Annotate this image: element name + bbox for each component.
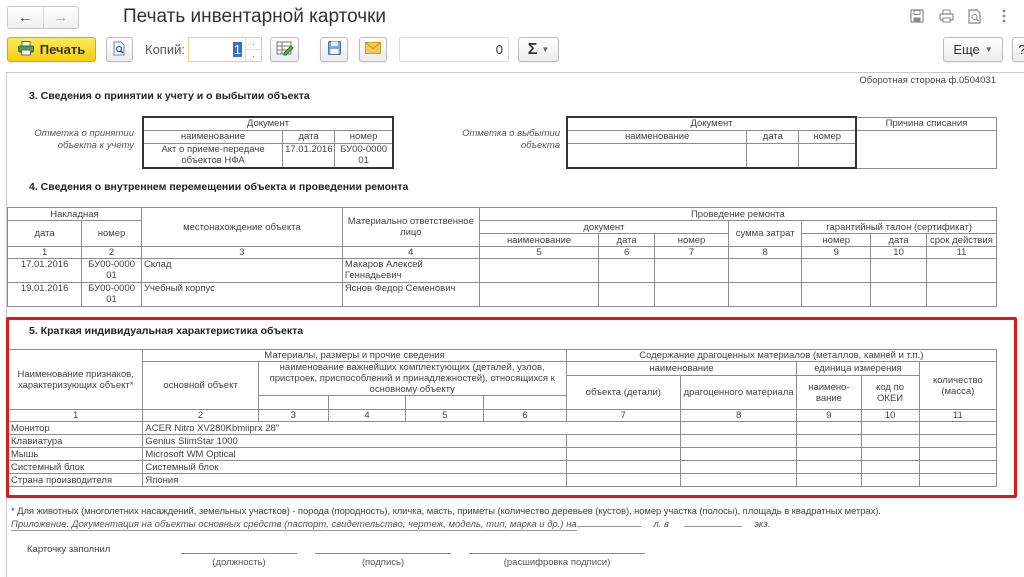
col-num: 11 [919,410,996,422]
row-date: 17.01.2016 [8,259,82,283]
decrement-button[interactable]: · [246,49,261,61]
decoding-line [469,553,645,554]
accept-doc-number: БУ00-0000 01 [335,143,393,168]
h-precious: Содержание драгоценных материалов (метал… [566,350,996,362]
dispose-mark-label: Отметка о выбытии объекта [445,128,560,152]
col-num: 9 [802,247,871,259]
reason-cell [856,130,996,168]
h-waybill: Накладная [8,208,142,221]
h-object: объекта (детали) [566,376,680,410]
arrow-right-icon: → [53,9,68,26]
col-num: 3 [258,410,328,422]
col-num: 6 [484,410,566,422]
col-num: 10 [871,247,927,259]
col-num: 3 [141,247,342,259]
row-date: 19.01.2016 [8,283,82,307]
sum-field[interactable]: 0 [399,37,509,62]
row-number: БУ00-0000 01 [82,283,142,307]
row-responsible: Яснов Федор Семенович [342,283,479,307]
h-validity: срок действия [926,234,996,247]
h-number: номер [82,221,142,247]
col-number: номер [335,130,393,143]
arrow-left-icon: ← [18,9,33,26]
h-document: документ [479,221,728,234]
col-num: 6 [599,247,655,259]
table-row: Клавиатура Genius SlimStar 1000 [9,435,997,448]
h-repair: Проведение ремонта [479,208,996,221]
more-button[interactable]: Еще ▼ [943,37,1003,62]
col-num: 1 [8,247,82,259]
signature-line [315,553,451,554]
table-row: Системный блок Системный блок [9,461,997,474]
column-numbers-row: 1 2 3 4 5 6 7 8 9 10 11 [8,247,997,259]
col-number: номер [799,130,856,143]
position-caption: (должность) [181,557,297,568]
toolbar: Печать Копий: 1 · · 0 Σ ▼ Еще ▼ ? [0,37,1024,65]
increment-button[interactable]: · [246,38,261,49]
h-warranty-date: дата [871,234,927,247]
table-row: Монитор ACER Nitro XV280Kbmiiprx 28" [9,422,997,435]
appendix-text: Приложение. Документация на объекты осно… [11,519,577,531]
col-num: 4 [328,410,405,422]
h-location: местонахождение объекта [141,208,342,247]
save-icon[interactable] [909,8,925,24]
col-num: 7 [654,247,728,259]
col-num: 2 [143,410,258,422]
appendix-line: Приложение. Документация на объекты осно… [11,519,770,531]
h-pname: наименование [566,362,797,376]
copies-stepper[interactable]: 1 · · [188,37,262,62]
sigma-icon: Σ [528,41,538,59]
send-email-button[interactable] [359,37,387,62]
col-num: 4 [342,247,479,259]
save-button[interactable] [320,37,348,62]
characteristics-table: Наименование признаков, характеризующих … [8,349,997,487]
copies-value[interactable]: 1 [233,42,242,57]
title-icons [909,8,1012,24]
more-vertical-icon[interactable] [996,8,1012,24]
doc-header: Документ [567,117,856,130]
preview-icon[interactable] [967,8,983,24]
more-label: Еще [953,42,979,57]
h-unit: единица измерения [797,362,919,376]
chevron-down-icon: ▼ [985,45,993,54]
h-materials: Материалы, размеры и прочие сведения [143,350,566,362]
position-line [181,553,297,554]
feature-name: Страна производителя [9,474,143,487]
feature-value: Япония [143,474,566,487]
help-label: ? [1018,42,1024,57]
help-button[interactable]: ? [1012,37,1024,62]
document-preview[interactable]: Оборотная сторона ф.0504031 3. Сведения … [6,72,1024,577]
footnote: * Для животных (многолетних насаждений, … [11,506,881,517]
decoding-caption: (расшифровка подписи) [469,557,645,568]
h-date: дата [8,221,82,247]
copies-blank [684,526,742,527]
navigation-buttons: ← → [7,6,79,29]
col-name: наименование [567,130,747,143]
col-num: 8 [729,247,802,259]
h-doc-number: номер [654,234,728,247]
h-cost: сумма затрат [729,221,802,247]
row-location: Учебный корпус [141,283,342,307]
doc-header: Документ [143,117,393,130]
col-date: дата [283,130,335,143]
feature-value: Системный блок [143,461,566,474]
print-icon[interactable] [938,8,954,24]
h-warranty-number: номер [802,234,871,247]
document-search-icon [113,41,126,59]
feature-name: Мышь [9,448,143,461]
disposal-table: Документ Причина списания наименование д… [566,116,997,169]
envelope-icon [365,42,381,57]
feature-value: ACER Nitro XV280Kbmiiprx 28" [143,422,566,435]
col-num: 8 [680,410,796,422]
row-location: Склад [141,259,342,283]
col-num: 9 [797,410,861,422]
h-doc-name: наименование [479,234,599,247]
copies-label: экз. [754,519,770,530]
print-button[interactable]: Печать [7,37,96,62]
row-number: БУ00-0000 01 [82,259,142,283]
h-uname: наимено- вание [797,376,861,410]
col-num: 5 [406,410,484,422]
section-4-title: 4. Сведения о внутреннем перемещении объ… [29,181,408,193]
column-numbers-row: 1 2 3 4 5 6 7 8 9 10 11 [9,410,997,422]
reason-header: Причина списания [856,117,996,130]
filled-by-label: Карточку заполнил [27,544,110,555]
h-main: основной объект [143,362,258,410]
form-reference: Оборотная сторона ф.0504031 [859,75,996,86]
col-num: 2 [82,247,142,259]
signature-caption: (подпись) [315,557,451,568]
col-name: наименование [143,130,283,143]
table-row: 17.01.2016 БУ00-0000 01 Склад Макаров Ал… [8,259,997,283]
dispose-doc-date [747,143,799,168]
col-num: 10 [861,410,919,422]
printer-icon [18,41,34,59]
copies-label: Копий: [145,42,185,57]
accept-doc-date: 17.01.2016 [283,143,335,168]
sum-menu-button[interactable]: Σ ▼ [518,37,559,62]
h-components: наименование важнейших комплектующих (де… [258,362,566,396]
col-num: 7 [566,410,680,422]
h-warranty: гарантийный талон (сертификат) [802,221,997,234]
dispose-doc-number [799,143,856,168]
h-okei: код по ОКЕИ [861,376,919,410]
print-label: Печать [40,42,85,57]
feature-value: Genius SlimStar 1000 [143,435,566,448]
feature-name: Системный блок [9,461,143,474]
movement-repair-table: Накладная местонахождение объекта Матери… [7,207,997,307]
acceptance-table: Документ наименование дата номер Акт о п… [142,116,394,169]
floppy-icon [328,41,341,58]
preview-button[interactable] [106,37,133,62]
col-num: 5 [479,247,599,259]
col-num: 11 [926,247,996,259]
h-features: Наименование признаков, характеризующих … [9,350,143,410]
col-date: дата [747,130,799,143]
section-5-title: 5. Краткая индивидуальная характеристика… [29,325,303,337]
forward-button[interactable]: → [43,7,79,28]
chevron-down-icon: ▼ [541,45,549,54]
edit-table-button[interactable] [270,37,299,62]
back-button[interactable]: ← [8,7,43,28]
window-title: Печать инвентарной карточки [123,6,386,28]
sheets-blank [577,526,641,527]
h-doc-date: дата [599,234,655,247]
accept-mark-label: Отметка о принятии объекта к учету [21,128,134,152]
sheets-label: л. в [653,519,669,530]
feature-value: Microsoft WM Optical [143,448,566,461]
row-responsible: Макаров Алексей Геннадьевич [342,259,479,283]
table-row: Мышь Microsoft WM Optical [9,448,997,461]
feature-name: Клавиатура [9,435,143,448]
h-responsible: Материально ответственное лицо [342,208,479,247]
feature-name: Монитор [9,422,143,435]
table-row: Страна производителя Япония [9,474,997,487]
table-row: 19.01.2016 БУ00-0000 01 Учебный корпус Я… [8,283,997,307]
h-precmat: драгоценного материала [680,376,796,410]
h-qty: количество (масса) [919,362,996,410]
table-edit-icon [276,41,294,59]
accept-doc-name: Акт о приеме-передаче объектов НФА [143,143,283,168]
dispose-doc-name [567,143,747,168]
section-3-title: 3. Сведения о принятии к учету и о выбыт… [29,90,310,102]
col-num: 1 [9,410,143,422]
